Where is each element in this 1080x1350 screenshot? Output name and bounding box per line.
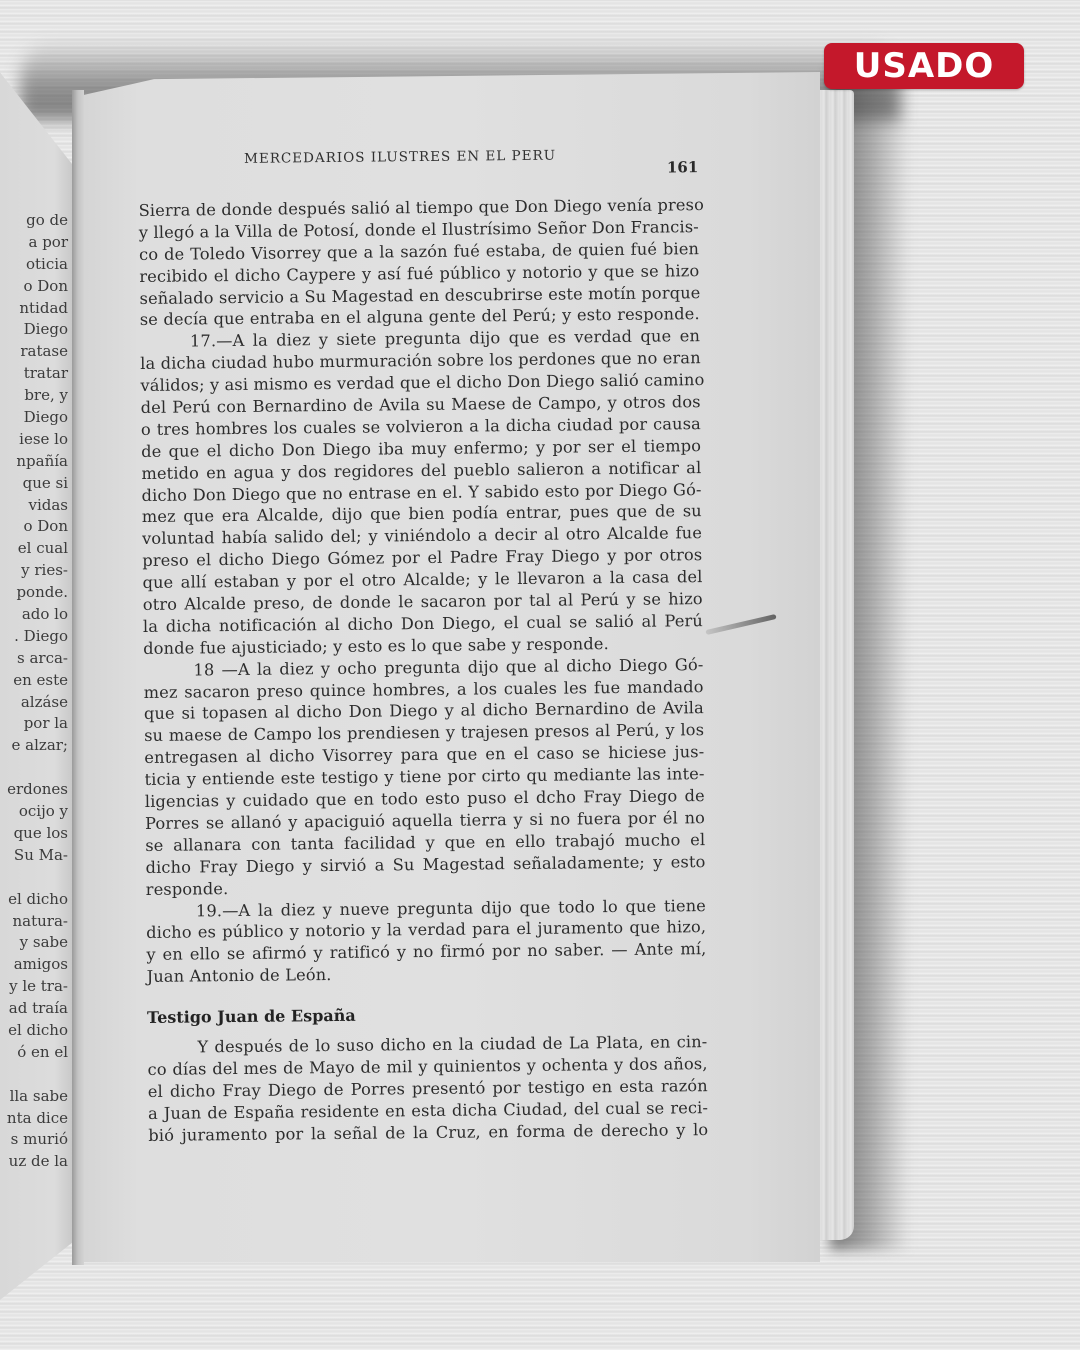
left-line: que si — [7, 473, 68, 495]
left-page-text: go de a por oticia o Don ntidad Diego ra… — [7, 210, 68, 1173]
left-line: alzáse — [7, 692, 68, 714]
left-line: en este — [7, 670, 68, 692]
left-line: ado lo — [7, 604, 68, 626]
left-line: go de — [7, 210, 68, 232]
paragraph-17: 17.—A la diez y siete pregunta dijo que … — [140, 325, 703, 659]
running-head: MERCEDARIOS ILUSTRES EN EL PERU 161 — [138, 144, 698, 190]
left-line: que los — [7, 823, 68, 845]
book-photo: go de a por oticia o Don ntidad Diego ra… — [0, 0, 1080, 1350]
left-line: iese lo — [7, 429, 68, 451]
text-line: Juan Antonio de León. — [147, 960, 707, 988]
left-line: vidas — [7, 495, 68, 517]
left-line: bre, y — [7, 385, 68, 407]
left-line: Diego — [7, 319, 68, 341]
left-line: s arca- — [7, 648, 68, 670]
left-line: amigos — [7, 954, 68, 976]
left-line: por la — [7, 713, 68, 735]
left-line: el dicho — [7, 1020, 68, 1042]
left-line: . Diego — [7, 626, 68, 648]
left-page: go de a por oticia o Don ntidad Diego ra… — [0, 60, 78, 1300]
right-page-text: MERCEDARIOS ILUSTRES EN EL PERU 161 Sier… — [138, 144, 708, 1146]
left-line: y ries- — [7, 560, 68, 582]
book-gutter — [72, 90, 84, 1265]
left-line: Su Ma- — [7, 845, 68, 867]
left-line: ntidad — [7, 298, 68, 320]
left-line: el cual — [7, 538, 68, 560]
left-line: uz de la — [7, 1151, 68, 1173]
left-line: erdones — [7, 779, 68, 801]
left-line — [7, 757, 68, 779]
left-line: s murió — [7, 1129, 68, 1151]
left-line: tratar — [7, 363, 68, 385]
left-line: ó en el — [7, 1042, 68, 1064]
paragraph-18: 18 —A la diez y ocho pregunta dijo que a… — [143, 654, 705, 901]
left-line: Diego — [7, 407, 68, 429]
paragraph-continuation: Sierra de donde después salió al tiempo … — [139, 194, 700, 331]
left-line: el dicho — [7, 889, 68, 911]
left-line — [7, 1064, 68, 1086]
left-line: o Don — [7, 276, 68, 298]
left-line: ocijo y — [7, 801, 68, 823]
left-line: npañía — [7, 451, 68, 473]
left-line: o Don — [7, 516, 68, 538]
running-title: MERCEDARIOS ILUSTRES EN EL PERU — [244, 148, 556, 167]
left-line: y le tra- — [7, 976, 68, 998]
left-line — [7, 867, 68, 889]
left-line: oticia — [7, 254, 68, 276]
left-line: e alzar; — [7, 735, 68, 757]
left-line: ponde. — [7, 582, 68, 604]
left-line: y sabe — [7, 932, 68, 954]
paragraph-19: 19.—A la diez y nueve pregunta dijo que … — [146, 895, 707, 988]
left-line: a por — [7, 232, 68, 254]
left-line: natura- — [7, 911, 68, 933]
paragraph-juan-de-espana: Y después de lo suso dicho en la ciudad … — [147, 1031, 708, 1146]
left-line: nta dice — [7, 1108, 68, 1130]
left-line: lla sabe — [7, 1086, 68, 1108]
page-number: 161 — [667, 158, 698, 176]
used-condition-badge: USADO — [824, 43, 1024, 89]
section-heading: Testigo Juan de España — [147, 1001, 707, 1029]
left-line: ad traía — [7, 998, 68, 1020]
left-line: ratase — [7, 341, 68, 363]
